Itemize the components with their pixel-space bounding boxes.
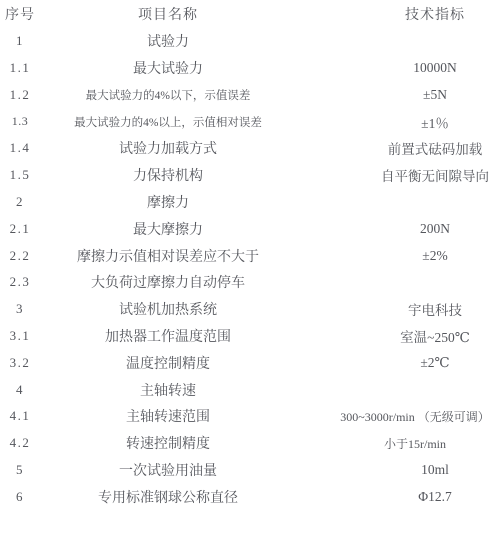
header-row: 序号 项目名称 技术指标	[0, 1, 500, 28]
indicator-cell: ±2%	[296, 248, 500, 264]
header-indicator: 技术指标	[296, 4, 500, 24]
index-cell: 1.1	[0, 60, 40, 76]
indicator-cell: ±2℃	[296, 355, 500, 371]
indicator-cell: 室温~250℃	[296, 326, 500, 346]
name-cell: 一次试验用油量	[40, 460, 296, 480]
name-cell: 主轴转速	[40, 380, 296, 400]
index-cell: 1	[0, 33, 40, 49]
index-cell: 2.2	[0, 248, 40, 264]
table-row: 1.4 试验力加载方式 前置式砝码加载	[0, 135, 500, 162]
table-row: 2.1 最大摩擦力 200N	[0, 215, 500, 242]
indicator-cell: Φ12.7	[296, 489, 500, 505]
indicator-cell: 10000N	[296, 60, 500, 76]
table-row: 5 一次试验用油量 10ml	[0, 457, 500, 484]
name-cell: 最大试验力	[40, 58, 296, 78]
index-cell: 6	[0, 489, 40, 505]
table-row: 6 专用标准钢球公称直径 Φ12.7	[0, 483, 500, 510]
name-cell: 最大摩擦力	[40, 219, 296, 239]
table-row: 3 试验机加热系统 宇电科技	[0, 296, 500, 323]
table-row: 4.1 主轴转速范围 300~3000r/min （无级可调）	[0, 403, 500, 430]
table-row: 2.3 大负荷过摩擦力自动停车	[0, 269, 500, 296]
index-cell: 5	[0, 462, 40, 478]
index-cell: 3.2	[0, 355, 40, 371]
spec-table-document: 序号 项目名称 技术指标 1 试验力 1.1 最大试验力 10000N 1.2 …	[0, 0, 500, 533]
table-row: 4 主轴转速	[0, 376, 500, 403]
table-row: 1.5 力保持机构 自平衡无间隙导向	[0, 162, 500, 189]
indicator-cell: 小于15r/min	[276, 435, 480, 452]
table-row: 3.1 加热器工作温度范围 室温~250℃	[0, 323, 500, 350]
name-cell: 试验力加载方式	[40, 138, 296, 158]
name-cell: 专用标准钢球公称直径	[40, 487, 296, 507]
table-row: 4.2 转速控制精度 小于15r/min	[0, 430, 500, 457]
indicator-cell: ±5N	[296, 87, 500, 103]
name-cell: 加热器工作温度范围	[40, 326, 296, 346]
name-cell: 转速控制精度	[40, 433, 296, 453]
indicator-cell: 前置式砝码加载	[296, 138, 500, 158]
name-cell: 最大试验力的4%以上，示值相对误差	[40, 114, 296, 130]
index-cell: 4.1	[0, 408, 40, 424]
header-name: 项目名称	[40, 4, 296, 24]
indicator-cell: 300~3000r/min （无级可调）	[276, 408, 480, 425]
table-row: 1 试验力	[0, 28, 500, 55]
header-index: 序号	[0, 4, 40, 24]
table-row: 3.2 温度控制精度 ±2℃	[0, 349, 500, 376]
indicator-cell: 宇电科技	[296, 299, 500, 319]
index-cell: 1.3	[0, 114, 40, 129]
name-cell: 试验机加热系统	[40, 299, 296, 319]
name-cell: 摩擦力示值相对误差应不大于	[40, 246, 296, 266]
table-body: 1 试验力 1.1 最大试验力 10000N 1.2 最大试验力的4%以下，示值…	[0, 28, 500, 510]
index-cell: 1.2	[0, 87, 40, 103]
name-cell: 主轴转速范围	[40, 406, 296, 426]
table-row: 1.1 最大试验力 10000N	[0, 55, 500, 82]
table-row: 2.2 摩擦力示值相对误差应不大于 ±2%	[0, 242, 500, 269]
indicator-cell: ±1％	[296, 112, 500, 132]
index-cell: 2	[0, 194, 40, 210]
name-cell: 试验力	[40, 31, 296, 51]
index-cell: 1.4	[0, 140, 40, 156]
name-cell: 大负荷过摩擦力自动停车	[40, 272, 296, 292]
name-cell: 力保持机构	[40, 165, 296, 185]
index-cell: 2.3	[0, 274, 40, 290]
index-cell: 3.1	[0, 328, 40, 344]
table-row: 2 摩擦力	[0, 189, 500, 216]
index-cell: 1.5	[0, 167, 40, 183]
index-cell: 3	[0, 301, 40, 317]
table-row: 1.2 最大试验力的4%以下，示值误差 ±5N	[0, 81, 500, 108]
index-cell: 2.1	[0, 221, 40, 237]
indicator-cell: 10ml	[296, 462, 500, 478]
index-cell: 4	[0, 382, 40, 398]
name-cell: 最大试验力的4%以下，示值误差	[40, 87, 296, 103]
table-row: 1.3 最大试验力的4%以上，示值相对误差 ±1％	[0, 108, 500, 135]
name-cell: 温度控制精度	[40, 353, 296, 373]
indicator-cell: 自平衡无间隙导向	[296, 165, 500, 185]
index-cell: 4.2	[0, 435, 40, 451]
indicator-cell: 200N	[296, 221, 500, 237]
name-cell: 摩擦力	[40, 192, 296, 212]
